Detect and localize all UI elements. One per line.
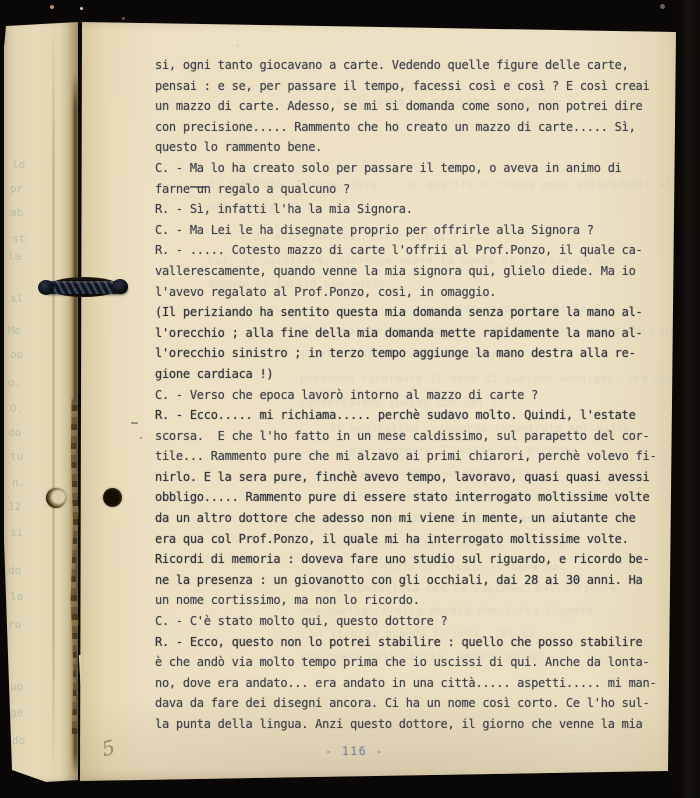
ghost-fragment: st [12,232,25,245]
page-number: - 116 - [325,744,445,758]
ghost-fragment: o. [8,376,21,389]
text-line: C. - Ma lo ha creato solo per passare il… [155,158,680,179]
cord-knot-left [38,280,54,295]
text-line: pensai : e se, per passare il tempo, fac… [155,76,680,97]
text-line: tile... Rammento pure che mi alzavo ai p… [155,446,680,467]
previous-page-edge: loprabstlaslMeooo.O.dotun.12sidolaroupge… [4,20,78,782]
text-line: farne un regalo a qualcuno ? [155,179,680,200]
text-line: scorsa. E che l'ho fatto in un mese cald… [155,426,680,447]
text-line: gione cardiaca !) [155,364,680,385]
text-line: Ricordi di memoria : doveva fare uno stu… [155,549,680,570]
ghost-fragment: do [8,564,21,577]
text-line: l'orecchio ; alla fine della mia domanda… [155,323,680,344]
text-line: l'avevo regalato al Prof.Ponzo, così, in… [155,282,680,303]
ghost-fragment: la [10,590,23,603]
cord-knot-right [112,279,128,294]
typewritten-page: e il tempo in cui venne a mancaredi febb… [78,20,678,782]
typewritten-text: si, ogni tanto giocavano a carte. Vedend… [155,55,680,735]
scanned-book-spread: loprabstlaslMeooo.O.dotun.12sidolaroupge… [0,0,700,798]
ghost-fragment: ge [10,706,23,719]
text-line: da un altro dottore che adesso non mi vi… [155,508,680,529]
ghost-fragment: up [10,680,23,693]
dust-speck [660,4,665,9]
text-line: no, dove era andato... era andato in una… [155,673,680,694]
text-line: (Il periziando ha sentito questa mia dom… [155,302,680,323]
text-line: nirlo. E la sera pure, finchè avevo temp… [155,467,680,488]
ink-underline [190,186,205,188]
text-line: R. - Sì, infatti l'ha la mia Signora. [155,199,680,220]
ghost-fragment: do [12,734,25,747]
text-line: C. - Ma Lei le ha disegnate proprio per … [155,220,680,241]
text-line: obbligo..... Rammento pure di essere sta… [155,487,680,508]
text-line: un mazzo di carte. Adesso, se mi si doma… [155,96,680,117]
ghost-fragment: sl [10,292,23,305]
punch-hole-right [103,488,122,507]
ghost-fragment: si [10,526,23,539]
pencil-mark: 5 [99,735,117,761]
dust-speck [50,5,54,9]
punch-hole-left [46,488,66,508]
text-line: vallerescamente, quando venne la mia sig… [155,261,680,282]
dust-speck [236,44,239,47]
ghost-fragment: pr [10,182,23,195]
text-line: C. - Verso che epoca lavorò intorno al m… [155,385,680,406]
stray-ink-mark [131,422,138,424]
ghost-fragment: tu [10,450,23,463]
text-line: con precisione..... Rammento che ho crea… [155,117,680,138]
scanner-shadow [678,0,700,798]
dust-speck [80,7,83,10]
text-line: la punta della lingua. Anzi questo dotto… [155,714,680,735]
ghost-fragment: oo [10,348,23,361]
text-line: R. - Ecco..... mi richiama..... perchè s… [155,405,680,426]
dust-speck [122,17,125,20]
stray-ink-mark [140,437,142,439]
text-line: R. - Ecco, questo non lo potrei stabilir… [155,632,680,653]
text-line: l'orecchio sinistro ; in terzo tempo agg… [155,343,680,364]
ghost-fragment: ro [8,618,21,631]
text-line: C. - C'è stato molto qui, questo dottore… [155,611,680,632]
text-line: è che andò via molto tempo prima che io … [155,652,680,673]
ghost-fragment: n. [12,476,25,489]
ghost-fragment: Me [8,324,21,337]
ghost-fragment: O. [10,402,23,415]
text-line: dava da fare dei disegni ancora. Ci ha u… [155,693,680,714]
text-line: era qua col Prof.Ponzo, il quale mi ha i… [155,529,680,550]
text-line: si, ogni tanto giocavano a carte. Vedend… [155,55,680,76]
ghost-fragment: lo [12,158,25,171]
text-line: questo lo rammento bene. [155,137,680,158]
ghost-fragment: 12 [8,500,21,513]
text-line: R. - ..... Cotesto mazzo di carte l'offr… [155,240,680,261]
text-line: un nome cortissimo, ma non lo ricordo. [155,590,680,611]
ghost-fragment: ab [10,206,23,219]
ghost-fragment: la [8,250,21,263]
text-line: ne la presenza : un giovanotto con gli o… [155,570,680,591]
ghost-fragment: do [8,426,21,439]
